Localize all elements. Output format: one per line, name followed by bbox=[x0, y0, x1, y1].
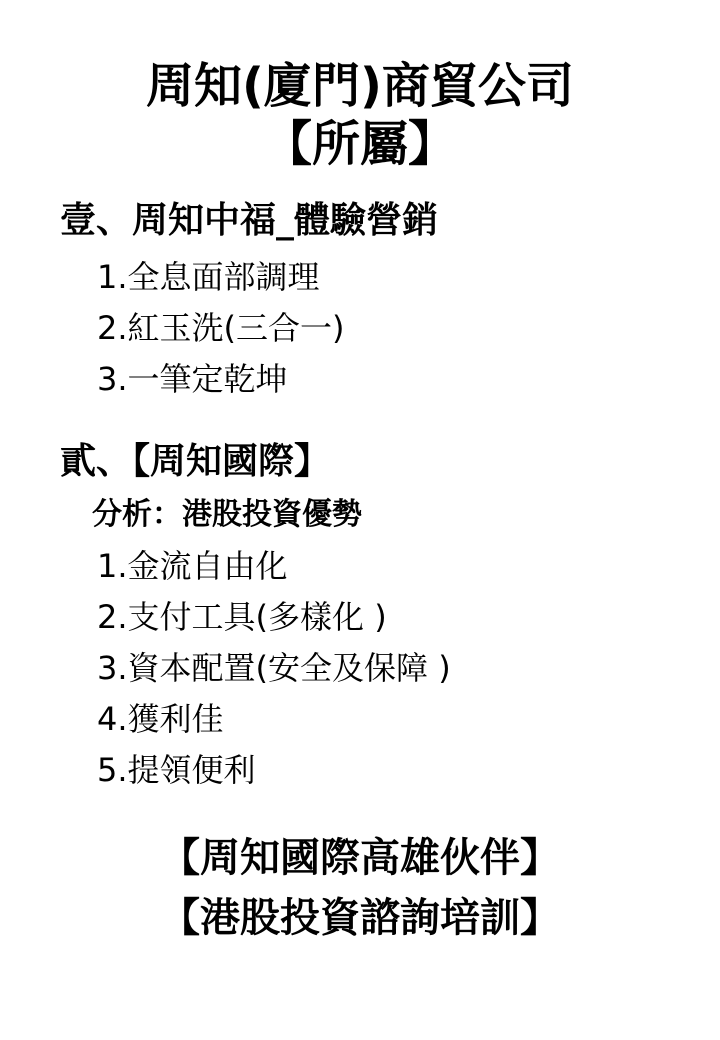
section-1-heading: 壹、周知中福_體驗營銷 bbox=[60, 199, 438, 243]
section-2-item-4: 4.獲利佳 bbox=[97, 698, 224, 740]
section-1-item-2: 2.紅玉洗(三合一) bbox=[97, 307, 345, 349]
footer-training-label: 【港股投資諮詢培訓】 bbox=[0, 893, 720, 943]
section-2-item-1: 1.金流自由化 bbox=[97, 545, 288, 587]
company-title: 周知(廈門)商貿公司 bbox=[0, 58, 720, 114]
section-1-item-1: 1.全息面部調理 bbox=[97, 256, 320, 298]
footer-partner-label: 【周知國際高雄伙伴】 bbox=[0, 833, 720, 883]
section-1-item-3: 3.一筆定乾坤 bbox=[97, 358, 288, 400]
section-2-item-3: 3.資本配置(安全及保障 ) bbox=[97, 647, 451, 689]
section-2-item-5: 5.提領便利 bbox=[97, 749, 256, 791]
section-2-subheading: 分析：港股投資優勢 bbox=[92, 495, 362, 535]
section-2-item-2: 2.支付工具(多樣化 ) bbox=[97, 596, 387, 638]
section-2-heading: 貳、【周知國際】 bbox=[60, 440, 330, 484]
affiliation-label: 【所屬】 bbox=[0, 116, 720, 172]
